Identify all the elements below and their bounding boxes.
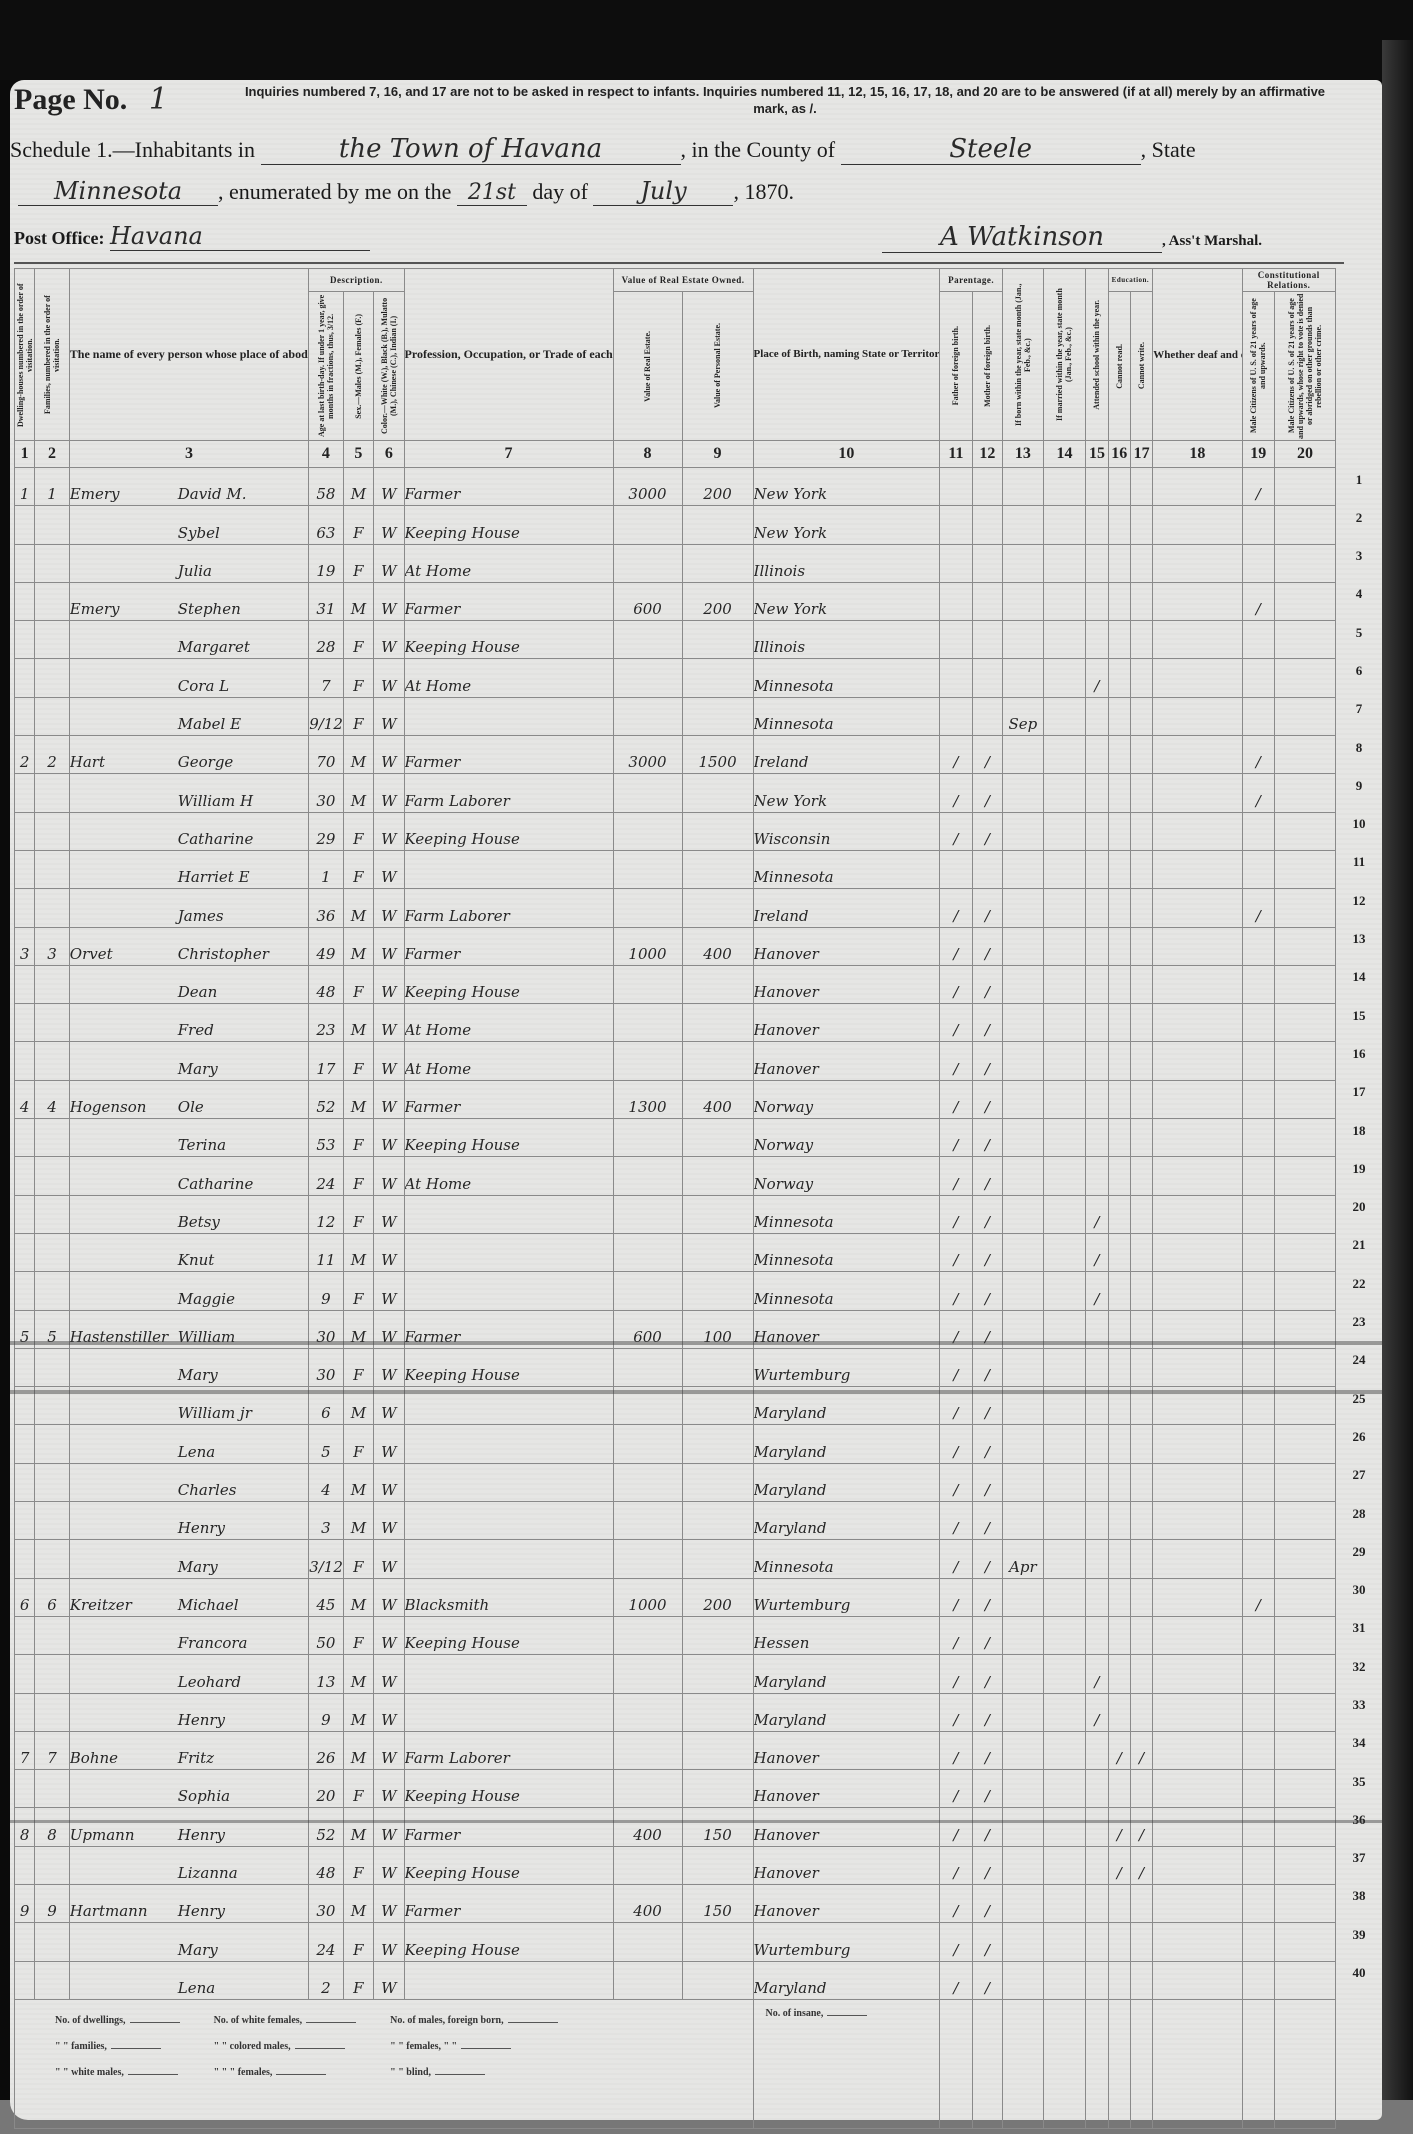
- vote-denied-mark: [1274, 1846, 1335, 1884]
- occupation: Farm Laborer: [404, 1731, 613, 1769]
- line-number: 8: [1342, 740, 1376, 756]
- sex: M: [343, 582, 373, 620]
- family-number: [35, 1961, 69, 1999]
- color: W: [374, 468, 404, 506]
- person-name: Betsy: [69, 1195, 308, 1233]
- born-month: [1003, 889, 1044, 927]
- sex: F: [343, 1348, 373, 1386]
- citizen-mark: [1242, 1348, 1274, 1386]
- month-field: July: [593, 177, 733, 206]
- disability: [1153, 1463, 1242, 1501]
- father-foreign-mark: /: [940, 1463, 972, 1501]
- footer-cell: [1274, 1999, 1335, 2128]
- personal-estate-value: [682, 506, 753, 544]
- cannot-read-mark: /: [1108, 1808, 1130, 1846]
- cannot-write-mark: [1130, 1540, 1152, 1578]
- personal-estate-value: 200: [682, 468, 753, 506]
- citizen-mark: [1242, 812, 1274, 850]
- person-name: Knut: [69, 1233, 308, 1271]
- sex: F: [343, 506, 373, 544]
- given-name: James: [178, 907, 224, 925]
- occupation: [404, 850, 613, 888]
- color: W: [374, 1502, 404, 1540]
- person-name: EmeryDavid M.: [69, 468, 308, 506]
- disability: [1153, 965, 1242, 1003]
- scan-artifact: [10, 1341, 1382, 1345]
- person-name: Maggie: [69, 1272, 308, 1310]
- occupation: [404, 1693, 613, 1731]
- cannot-read-mark: [1108, 1119, 1130, 1157]
- mother-foreign-mark: [972, 621, 1002, 659]
- married-month: [1043, 697, 1086, 735]
- father-foreign-mark: /: [940, 1348, 972, 1386]
- personal-estate-value: [682, 1157, 753, 1195]
- married-month: [1043, 1808, 1086, 1846]
- person-name: Harriet E: [69, 850, 308, 888]
- cannot-read-mark: [1108, 1463, 1130, 1501]
- real-estate-value: [613, 1961, 682, 1999]
- personal-estate-value: [682, 850, 753, 888]
- birthplace: Norway: [753, 1119, 940, 1157]
- father-foreign-mark: /: [940, 1808, 972, 1846]
- disability: [1153, 812, 1242, 850]
- occupation: Farm Laborer: [404, 889, 613, 927]
- table-row: Knut11MWMinnesota///: [15, 1233, 1336, 1271]
- sex: F: [343, 850, 373, 888]
- vote-denied-mark: [1274, 850, 1335, 888]
- dwelling-number: [15, 1195, 35, 1233]
- birthplace: Illinois: [753, 621, 940, 659]
- born-month: [1003, 1157, 1044, 1195]
- occupation: Farm Laborer: [404, 774, 613, 812]
- school-mark: [1086, 544, 1108, 582]
- occupation: [404, 1195, 613, 1233]
- enumerated-label: , enumerated by me on the: [218, 179, 451, 204]
- vote-denied-mark: [1274, 1463, 1335, 1501]
- sex: M: [343, 1693, 373, 1731]
- school-mark: [1086, 1808, 1108, 1846]
- citizen-mark: [1242, 1195, 1274, 1233]
- table-row: 22HartGeorge70MWFarmer30001500Ireland///: [15, 736, 1336, 774]
- table-row: Terina53FWKeeping HouseNorway//: [15, 1119, 1336, 1157]
- vote-denied-mark: [1274, 1923, 1335, 1961]
- cannot-write-mark: [1130, 927, 1152, 965]
- col-3-header: The name of every person whose place of …: [69, 269, 308, 441]
- sex: F: [343, 965, 373, 1003]
- school-mark: [1086, 1961, 1108, 1999]
- married-month: [1043, 850, 1086, 888]
- white-males-blank: [128, 2074, 178, 2075]
- column-number: 3: [69, 441, 308, 468]
- mother-foreign-mark: [972, 468, 1002, 506]
- occupation: Keeping House: [404, 1770, 613, 1808]
- age: 1: [309, 850, 343, 888]
- citizen-mark: /: [1242, 736, 1274, 774]
- real-estate-value: [613, 697, 682, 735]
- born-month: [1003, 1233, 1044, 1271]
- dwelling-number: [15, 1961, 35, 1999]
- disability: [1153, 1884, 1242, 1922]
- line-number: 16: [1342, 1046, 1376, 1062]
- given-name: Lena: [178, 1443, 215, 1461]
- enumeration-line: Minnesota, enumerated by me on the 21st …: [18, 177, 794, 206]
- color: W: [374, 1080, 404, 1118]
- birthplace: Hanover: [753, 1731, 940, 1769]
- citizen-mark: [1242, 1884, 1274, 1922]
- occupation: Farmer: [404, 1884, 613, 1922]
- real-estate-value: [613, 1693, 682, 1731]
- vote-denied-mark: [1274, 582, 1335, 620]
- born-month: [1003, 1961, 1044, 1999]
- family-number: [35, 1425, 69, 1463]
- vote-denied-mark: [1274, 812, 1335, 850]
- line-number: 6: [1342, 663, 1376, 679]
- color: W: [374, 1425, 404, 1463]
- age: 70: [309, 736, 343, 774]
- cannot-read-mark: [1108, 1770, 1130, 1808]
- birthplace: Hessen: [753, 1616, 940, 1654]
- color: W: [374, 621, 404, 659]
- married-month: [1043, 1540, 1086, 1578]
- personal-estate-value: [682, 812, 753, 850]
- married-month: [1043, 1693, 1086, 1731]
- given-name: Margaret: [178, 638, 250, 656]
- color: W: [374, 889, 404, 927]
- column-number: 19: [1242, 441, 1274, 468]
- birthplace: Hanover: [753, 1846, 940, 1884]
- sex: F: [343, 621, 373, 659]
- born-month: [1003, 1502, 1044, 1540]
- color: W: [374, 544, 404, 582]
- table-row: Henry3MWMaryland//: [15, 1502, 1336, 1540]
- surname: Bohne: [70, 1749, 178, 1767]
- column-number: 16: [1108, 441, 1130, 468]
- birthplace: Maryland: [753, 1655, 940, 1693]
- cannot-read-mark: [1108, 1157, 1130, 1195]
- color: W: [374, 736, 404, 774]
- table-row: EmeryStephen31MWFarmer600200New York/: [15, 582, 1336, 620]
- father-foreign-mark: /: [940, 1961, 972, 1999]
- birthplace: Maryland: [753, 1425, 940, 1463]
- col-13-header: If born within the year, state month (Ja…: [1003, 269, 1044, 441]
- real-estate-value: [613, 1233, 682, 1271]
- column-number: 18: [1153, 441, 1242, 468]
- column-number: 5: [343, 441, 373, 468]
- constitutional-group-header: Constitutional Relations.: [1242, 269, 1336, 292]
- citizen-mark: [1242, 1004, 1274, 1042]
- age: 30: [309, 774, 343, 812]
- disability: [1153, 1425, 1242, 1463]
- column-number: 7: [404, 441, 613, 468]
- dwelling-number: [15, 1348, 35, 1386]
- summary-counts: No. of dwellings, " " families, " " whit…: [15, 1999, 754, 2128]
- school-mark: [1086, 1846, 1108, 1884]
- family-number: [35, 1463, 69, 1501]
- born-month: [1003, 850, 1044, 888]
- father-foreign-mark: /: [940, 889, 972, 927]
- born-month: [1003, 1425, 1044, 1463]
- marshal-label: , Ass't Marshal.: [1162, 233, 1262, 249]
- footer-cell: [1130, 1999, 1152, 2128]
- disability: [1153, 1693, 1242, 1731]
- mother-foreign-mark: [972, 544, 1002, 582]
- father-foreign-mark: /: [940, 1693, 972, 1731]
- real-estate-value: [613, 1425, 682, 1463]
- personal-estate-value: [682, 774, 753, 812]
- line-number: 12: [1342, 893, 1376, 909]
- born-month: Apr: [1003, 1540, 1044, 1578]
- disability: [1153, 1770, 1242, 1808]
- cannot-read-mark: [1108, 774, 1130, 812]
- cannot-write-mark: [1130, 1616, 1152, 1654]
- occupation: At Home: [404, 1004, 613, 1042]
- cannot-read-mark: [1108, 1195, 1130, 1233]
- school-mark: /: [1086, 1693, 1108, 1731]
- person-name: Mary: [69, 1540, 308, 1578]
- occupation: Farmer: [404, 927, 613, 965]
- cannot-write-mark: [1130, 697, 1152, 735]
- line-number: 14: [1342, 969, 1376, 985]
- table-row: Catharine29FWKeeping HouseWisconsin//: [15, 812, 1336, 850]
- surname: Upmann: [70, 1826, 178, 1844]
- occupation: At Home: [404, 544, 613, 582]
- school-mark: [1086, 1348, 1108, 1386]
- real-estate-value: 400: [613, 1884, 682, 1922]
- married-month: [1043, 1578, 1086, 1616]
- real-estate-value: [613, 659, 682, 697]
- scan-right-border: [1382, 40, 1413, 2134]
- line-number: 5: [1342, 625, 1376, 641]
- dwelling-number: [15, 1616, 35, 1654]
- age: 31: [309, 582, 343, 620]
- married-month: [1043, 1233, 1086, 1271]
- personal-estate-value: [682, 1272, 753, 1310]
- citizen-mark: /: [1242, 774, 1274, 812]
- citizen-mark: [1242, 1616, 1274, 1654]
- table-row: 66KreitzerMichael45MWBlacksmith1000200Wu…: [15, 1578, 1336, 1616]
- born-month: [1003, 1080, 1044, 1118]
- occupation: At Home: [404, 659, 613, 697]
- married-month: [1043, 1770, 1086, 1808]
- table-row: 99HartmannHenry30MWFarmer400150Hanover//: [15, 1884, 1336, 1922]
- given-name: Mary: [178, 1558, 218, 1576]
- person-name: Henry: [69, 1502, 308, 1540]
- dwelling-number: [15, 965, 35, 1003]
- citizen-mark: [1242, 697, 1274, 735]
- sex: F: [343, 697, 373, 735]
- insane-label: No. of insane,: [766, 2008, 824, 2019]
- age: 7: [309, 659, 343, 697]
- family-number: [35, 850, 69, 888]
- personal-estate-value: 150: [682, 1808, 753, 1846]
- birthplace: Ireland: [753, 889, 940, 927]
- vote-denied-mark: [1274, 697, 1335, 735]
- person-name: HogensonOle: [69, 1080, 308, 1118]
- dwelling-number: [15, 850, 35, 888]
- father-foreign-mark: /: [940, 1004, 972, 1042]
- family-number: [35, 544, 69, 582]
- birthplace: Minnesota: [753, 1540, 940, 1578]
- born-month: [1003, 621, 1044, 659]
- cannot-write-mark: [1130, 1348, 1152, 1386]
- personal-estate-value: 150: [682, 1884, 753, 1922]
- vote-denied-mark: [1274, 1080, 1335, 1118]
- disability: [1153, 1042, 1242, 1080]
- real-estate-value: 1000: [613, 927, 682, 965]
- vote-denied-mark: [1274, 621, 1335, 659]
- birthplace: Minnesota: [753, 1195, 940, 1233]
- birthplace: Wisconsin: [753, 812, 940, 850]
- cannot-write-mark: [1130, 1157, 1152, 1195]
- disability: [1153, 1655, 1242, 1693]
- table-row: Lena2FWMaryland//: [15, 1961, 1336, 1999]
- color: W: [374, 506, 404, 544]
- real-estate-value: 600: [613, 582, 682, 620]
- dwelling-number: [15, 812, 35, 850]
- sex: F: [343, 1157, 373, 1195]
- cannot-write-mark: /: [1130, 1731, 1152, 1769]
- table-row: Maggie9FWMinnesota///: [15, 1272, 1336, 1310]
- surname: Emery: [70, 485, 178, 503]
- cannot-read-mark: [1108, 736, 1130, 774]
- line-number: 13: [1342, 931, 1376, 947]
- mother-foreign-mark: /: [972, 1157, 1002, 1195]
- married-month: [1043, 1502, 1086, 1540]
- occupation: Keeping House: [404, 1846, 613, 1884]
- occupation: [404, 1961, 613, 1999]
- cannot-read-mark: [1108, 1616, 1130, 1654]
- footer-cell: [972, 1999, 1002, 2128]
- col-2-header: Families, numbered in the order of visit…: [35, 269, 69, 441]
- married-month: [1043, 506, 1086, 544]
- family-number: [35, 697, 69, 735]
- dwelling-number: [15, 889, 35, 927]
- birthplace: Wurtemburg: [753, 1923, 940, 1961]
- age: 9: [309, 1693, 343, 1731]
- mother-foreign-mark: /: [972, 736, 1002, 774]
- families-label: " " families,: [55, 2041, 107, 2052]
- family-number: [35, 659, 69, 697]
- given-name: Sophia: [178, 1787, 230, 1805]
- birthplace: Ireland: [753, 736, 940, 774]
- birthplace: Hanover: [753, 1808, 940, 1846]
- real-estate-value: [613, 812, 682, 850]
- vote-denied-mark: [1274, 1540, 1335, 1578]
- given-name: Stephen: [178, 600, 241, 618]
- cannot-write-mark: [1130, 850, 1152, 888]
- disability: [1153, 1233, 1242, 1271]
- line-number: 35: [1342, 1774, 1376, 1790]
- disability: [1153, 1961, 1242, 1999]
- color: W: [374, 1042, 404, 1080]
- table-row: Mary24FWKeeping HouseWurtemburg//: [15, 1923, 1336, 1961]
- personal-estate-value: [682, 1540, 753, 1578]
- disability: [1153, 1923, 1242, 1961]
- age: 19: [309, 544, 343, 582]
- family-number: [35, 1195, 69, 1233]
- color: W: [374, 1540, 404, 1578]
- footer-cell: [1242, 1999, 1274, 2128]
- father-foreign-mark: /: [940, 1770, 972, 1808]
- disability: [1153, 621, 1242, 659]
- real-estate-value: 1000: [613, 1578, 682, 1616]
- cannot-write-mark: [1130, 1272, 1152, 1310]
- table-row: Mary30FWKeeping HouseWurtemburg//: [15, 1348, 1336, 1386]
- personal-estate-value: [682, 1119, 753, 1157]
- birthplace: Hanover: [753, 1042, 940, 1080]
- sex: F: [343, 1425, 373, 1463]
- color: W: [374, 774, 404, 812]
- vote-denied-mark: [1274, 1425, 1335, 1463]
- born-month: Sep: [1003, 697, 1044, 735]
- school-mark: [1086, 1042, 1108, 1080]
- father-foreign-mark: /: [940, 1233, 972, 1271]
- sex: M: [343, 774, 373, 812]
- family-number: [35, 774, 69, 812]
- dwelling-number: [15, 1693, 35, 1731]
- insane-count: No. of insane,: [753, 1999, 940, 2128]
- vote-denied-mark: [1274, 1616, 1335, 1654]
- given-name: Mary: [178, 1941, 218, 1959]
- personal-estate-value: [682, 889, 753, 927]
- person-name: UpmannHenry: [69, 1808, 308, 1846]
- born-month: [1003, 1846, 1044, 1884]
- occupation: [404, 1425, 613, 1463]
- given-name: Terina: [178, 1136, 226, 1154]
- personal-estate-value: [682, 1348, 753, 1386]
- given-name: Henry: [178, 1711, 225, 1729]
- dwellings-blank: [130, 2022, 180, 2023]
- personal-estate-value: 200: [682, 582, 753, 620]
- married-month: [1043, 1080, 1086, 1118]
- cannot-write-mark: [1130, 468, 1152, 506]
- married-month: [1043, 889, 1086, 927]
- father-foreign-mark: /: [940, 774, 972, 812]
- age: 49: [309, 927, 343, 965]
- color: W: [374, 659, 404, 697]
- footer-cell: [1108, 1999, 1130, 2128]
- citizen-mark: [1242, 1961, 1274, 1999]
- family-number: [35, 889, 69, 927]
- cannot-write-mark: [1130, 1884, 1152, 1922]
- cannot-read-mark: [1108, 1923, 1130, 1961]
- mother-foreign-mark: /: [972, 1425, 1002, 1463]
- personal-estate-value: 200: [682, 1578, 753, 1616]
- personal-estate-value: [682, 1655, 753, 1693]
- occupation: Keeping House: [404, 1616, 613, 1654]
- sex: F: [343, 544, 373, 582]
- sex: F: [343, 1540, 373, 1578]
- table-row: Lizanna48FWKeeping HouseHanover////: [15, 1846, 1336, 1884]
- disability: [1153, 1348, 1242, 1386]
- person-name: EmeryStephen: [69, 582, 308, 620]
- dwelling-number: [15, 1004, 35, 1042]
- mother-foreign-mark: [972, 697, 1002, 735]
- disability: [1153, 697, 1242, 735]
- dwelling-number: [15, 1540, 35, 1578]
- age: 63: [309, 506, 343, 544]
- surname: Orvet: [70, 945, 178, 963]
- born-month: [1003, 1731, 1044, 1769]
- birthplace: Minnesota: [753, 1233, 940, 1271]
- col-12-header: Mother of foreign birth.: [972, 292, 1002, 441]
- school-mark: [1086, 1004, 1108, 1042]
- citizen-mark: [1242, 621, 1274, 659]
- color: W: [374, 812, 404, 850]
- color: W: [374, 1272, 404, 1310]
- born-month: [1003, 1463, 1044, 1501]
- married-month: [1043, 1846, 1086, 1884]
